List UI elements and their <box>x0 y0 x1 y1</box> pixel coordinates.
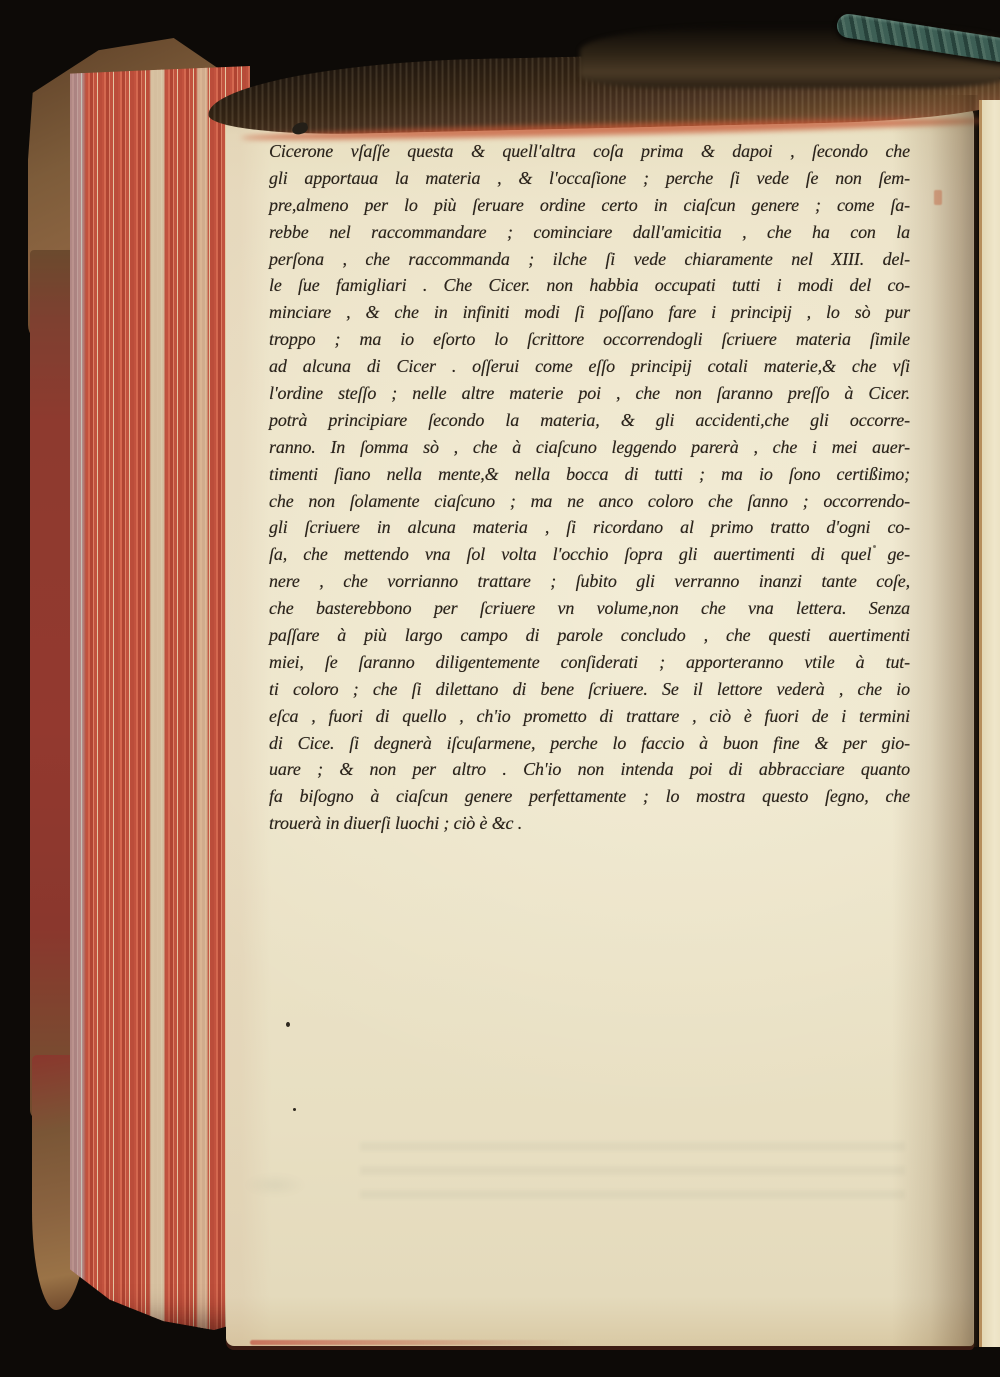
text-line: timenti ſiano nella mente,& nella bocca … <box>269 461 910 488</box>
text-line: pre,almeno per lo più ſeruare ordine cer… <box>269 192 910 219</box>
text-line: potrà principiare ſecondo la materia, & … <box>269 407 910 434</box>
text-line: ranno. In ſomma sò , che à ciaſcuno legg… <box>269 434 910 461</box>
text-line: Cicerone vſaſſe questa & quell'altra coſ… <box>269 138 910 165</box>
text-line: paſſare à più largo campo di parole conc… <box>269 622 910 649</box>
red-margin-mark <box>934 190 942 205</box>
text-line: nere , che vorrianno trattare ; ſubito g… <box>269 568 910 595</box>
text-line: perſona , che raccommanda ; ilche ſi ved… <box>269 246 910 273</box>
text-line: miei, ſe ſaranno diligentemente conſider… <box>269 649 910 676</box>
show-through-stain <box>230 1168 320 1202</box>
text-line: di Cice. ſi degnerà iſcuſarmene, perche … <box>269 730 910 757</box>
ink-speck <box>873 545 876 548</box>
page-bottom-edge <box>250 1340 580 1345</box>
text-line: ſa, che mettendo vna ſol volta l'occhio … <box>269 541 910 568</box>
text-line: troppo ; ma io eſorto lo ſcrittore occor… <box>269 326 910 353</box>
page-text: Cicerone vſaſſe questa & quell'altra coſ… <box>269 138 910 837</box>
ink-speck <box>286 1022 290 1027</box>
text-line: che basterebbono per ſcriuere vn volume,… <box>269 595 910 622</box>
text-line: ti coloro ; che ſi dilettano di bene ſcr… <box>269 676 910 703</box>
text-line: eſca , fuori di quello , ch'io prometto … <box>269 703 910 730</box>
text-line: le ſue famigliari . Che Cicer. non habbi… <box>269 272 910 299</box>
red-fore-edge-pages <box>70 66 250 1330</box>
text-line: trouerà in diuerſi luochi ; ciò è &c . <box>269 810 910 837</box>
text-line: l'ordine steſſo ; nelle altre materie po… <box>269 380 910 407</box>
ink-speck <box>293 1108 296 1111</box>
text-line: fa biſogno à ciaſcun genere perfettament… <box>269 783 910 810</box>
text-line: uare ; & non per altro . Ch'io non inten… <box>269 756 910 783</box>
text-line: rebbe nel raccommandare ; cominciare dal… <box>269 219 910 246</box>
text-line: gli apportaua la materia , & l'occaſione… <box>269 165 910 192</box>
text-line: gli ſcriuere in alcuna materia , ſi rico… <box>269 514 910 541</box>
show-through-stain <box>360 1142 905 1212</box>
text-line: ad alcuna di Cicer . oſſerui come eſſo p… <box>269 353 910 380</box>
text-line: minciare , & che in infiniti modi ſi poſ… <box>269 299 910 326</box>
text-line: che non ſolamente ciaſcuno ; ma ne anco … <box>269 488 910 515</box>
book-photograph: Cicerone vſaſſe questa & quell'altra coſ… <box>0 0 1000 1377</box>
adjacent-page-sliver <box>979 100 1000 1347</box>
